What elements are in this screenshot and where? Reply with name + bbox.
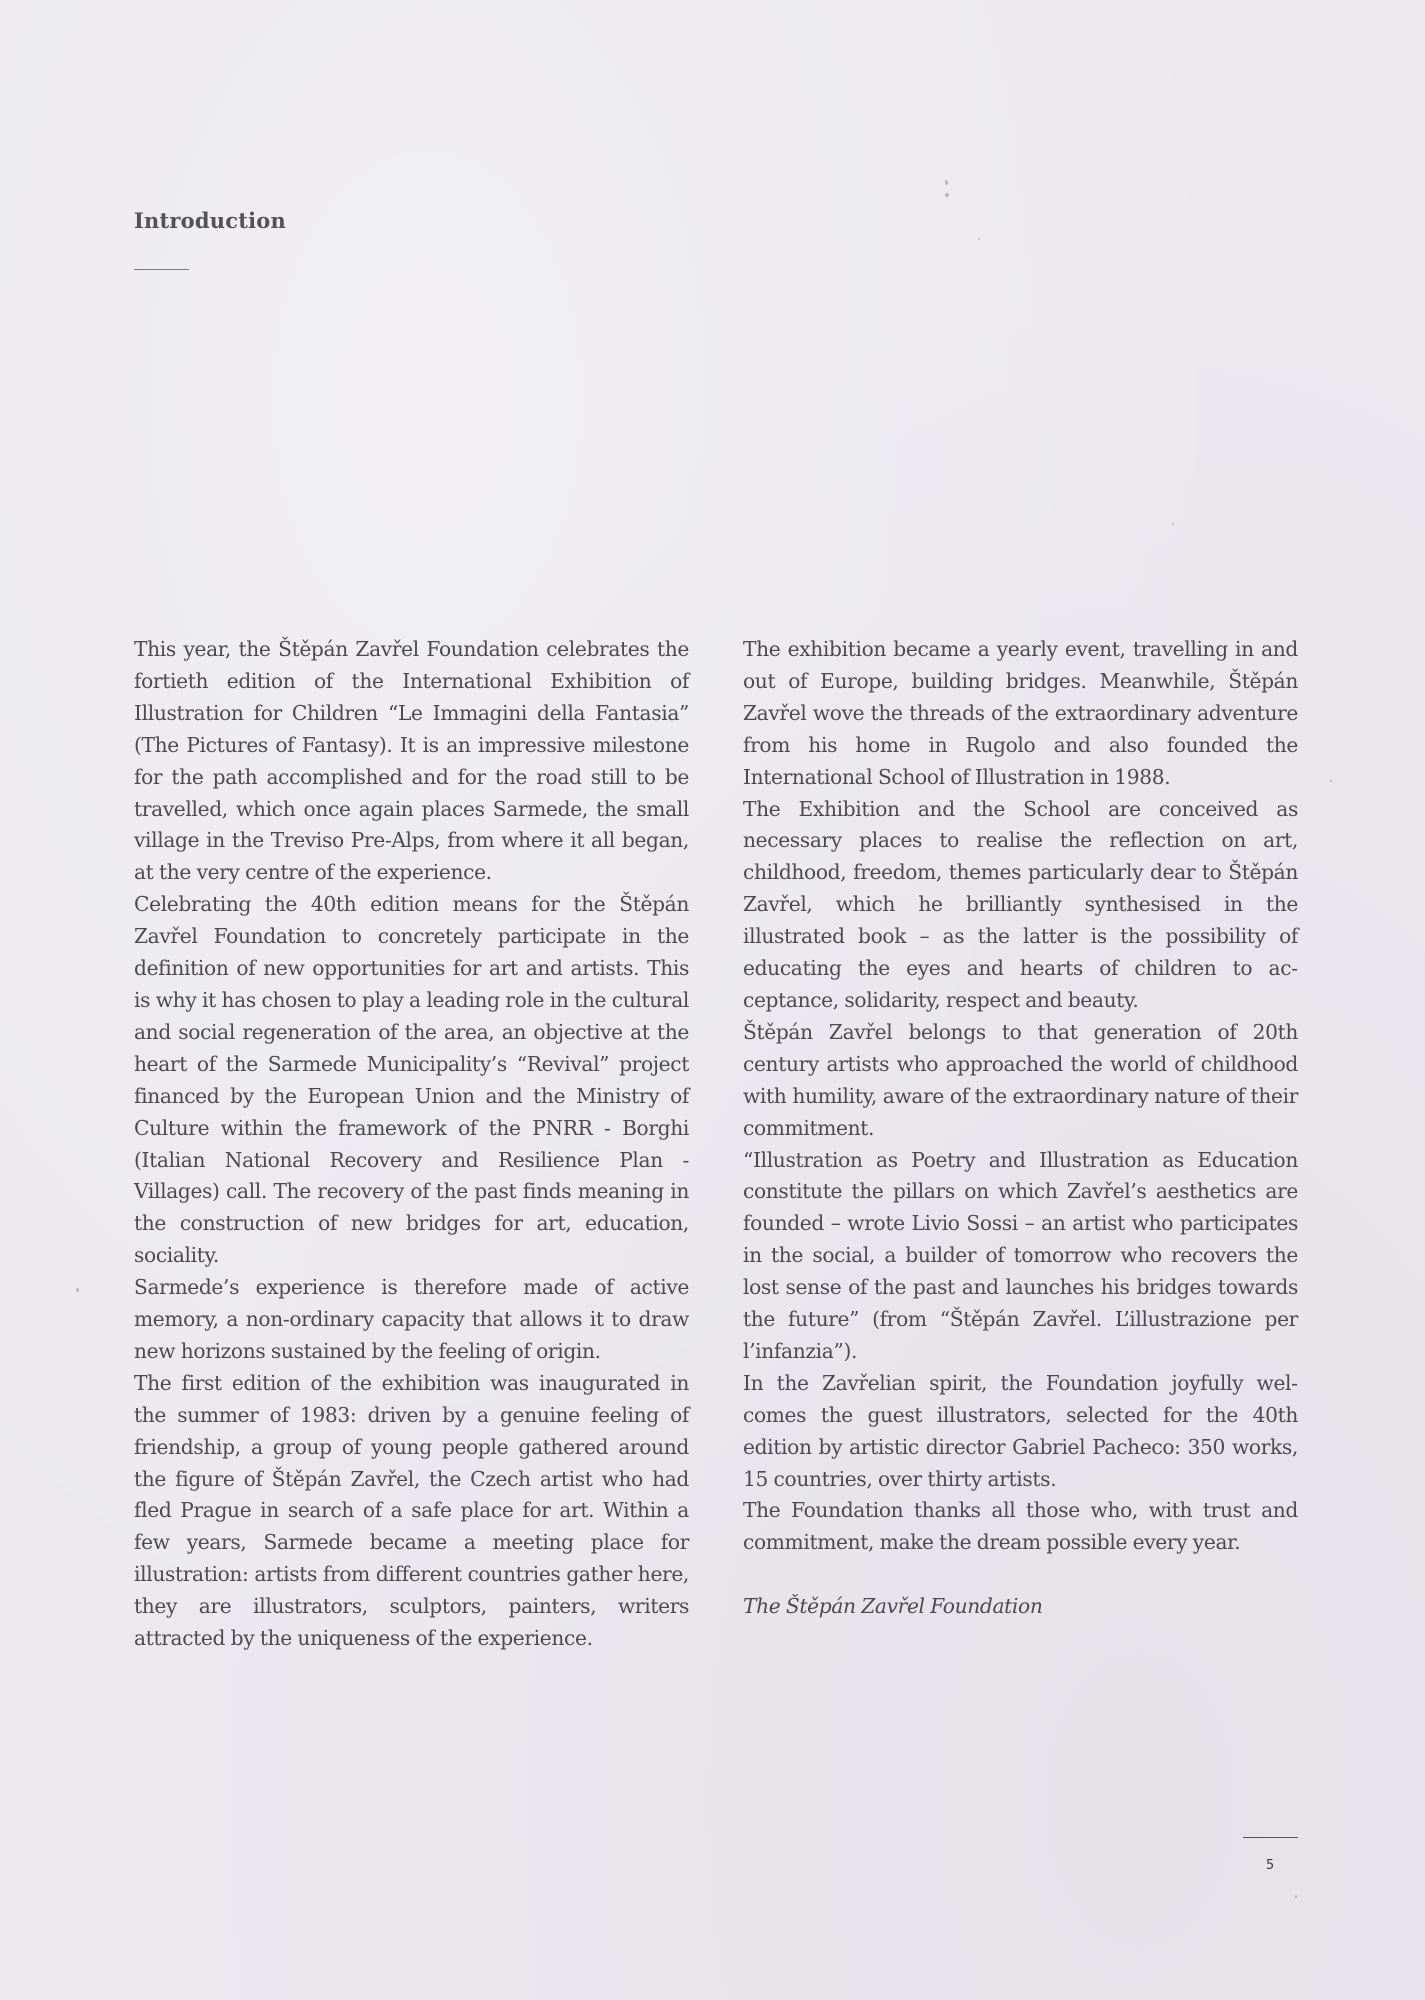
- paper-speck: [978, 238, 980, 240]
- paragraph: Štěpán Zavřel belongs to that generation…: [743, 1017, 1298, 1145]
- paragraph: This year, the Štěpán Zavřel Foundation …: [134, 634, 689, 889]
- paper-speck: [1330, 780, 1332, 782]
- paragraph: The Foundation thanks all those who, wit…: [743, 1495, 1298, 1559]
- paper-speck: [945, 180, 948, 185]
- paper-speck: [76, 1288, 79, 1292]
- section-title: Introduction: [134, 208, 286, 233]
- text-column-right: The exhibition became a yearly event, tr…: [743, 634, 1298, 1623]
- paper-speck: [1172, 523, 1174, 525]
- text-column-left: This year, the Štěpán Zavřel Foundation …: [134, 634, 689, 1655]
- paragraph: In the Zavřelian spirit, the Foundation …: [743, 1368, 1298, 1496]
- paragraph: The first edition of the exhibition was …: [134, 1368, 689, 1655]
- title-underline-rule: [134, 269, 189, 270]
- signature: The Štěpán Zavřel Foundation: [743, 1591, 1298, 1623]
- document-page: Introduction This year, the Štěpán Zavře…: [0, 0, 1425, 2000]
- paragraph: Celebrating the 40th edition means for t…: [134, 889, 689, 1272]
- paragraph: The exhibition became a yearly event, tr…: [743, 634, 1298, 794]
- paper-speck: [1295, 1895, 1297, 1898]
- paragraph: “Illustration as Poetry and Illustration…: [743, 1145, 1298, 1368]
- page-number-rule: [1243, 1837, 1298, 1838]
- page-number: 5: [1262, 1858, 1278, 1873]
- paragraph: Sarmede’s experience is therefore made o…: [134, 1272, 689, 1368]
- paragraph: The Exhibition and the School are concei…: [743, 794, 1298, 1017]
- paper-speck: [945, 193, 949, 197]
